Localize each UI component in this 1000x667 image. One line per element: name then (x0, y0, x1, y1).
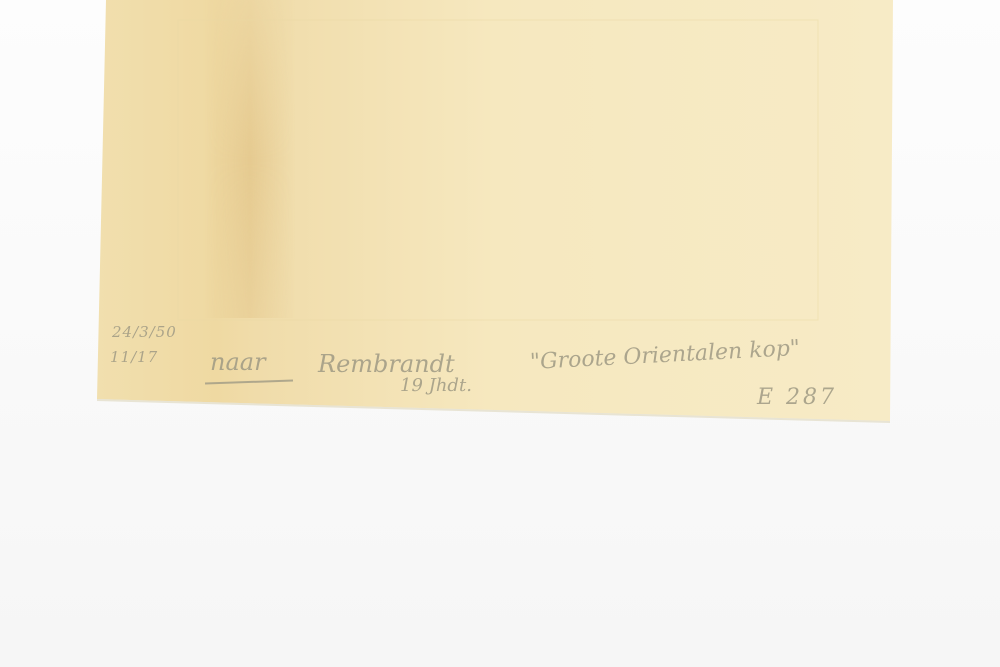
inscription-naar: naar (210, 348, 266, 376)
inscription-century: 19 Jhdt. (400, 375, 472, 396)
inscription-catalog-number: E 287 (757, 385, 837, 410)
inventory-number: 11/17 (110, 348, 158, 366)
inscription-artist: Rembrandt (318, 350, 455, 378)
inventory-date: 24/3/50 (112, 323, 177, 341)
